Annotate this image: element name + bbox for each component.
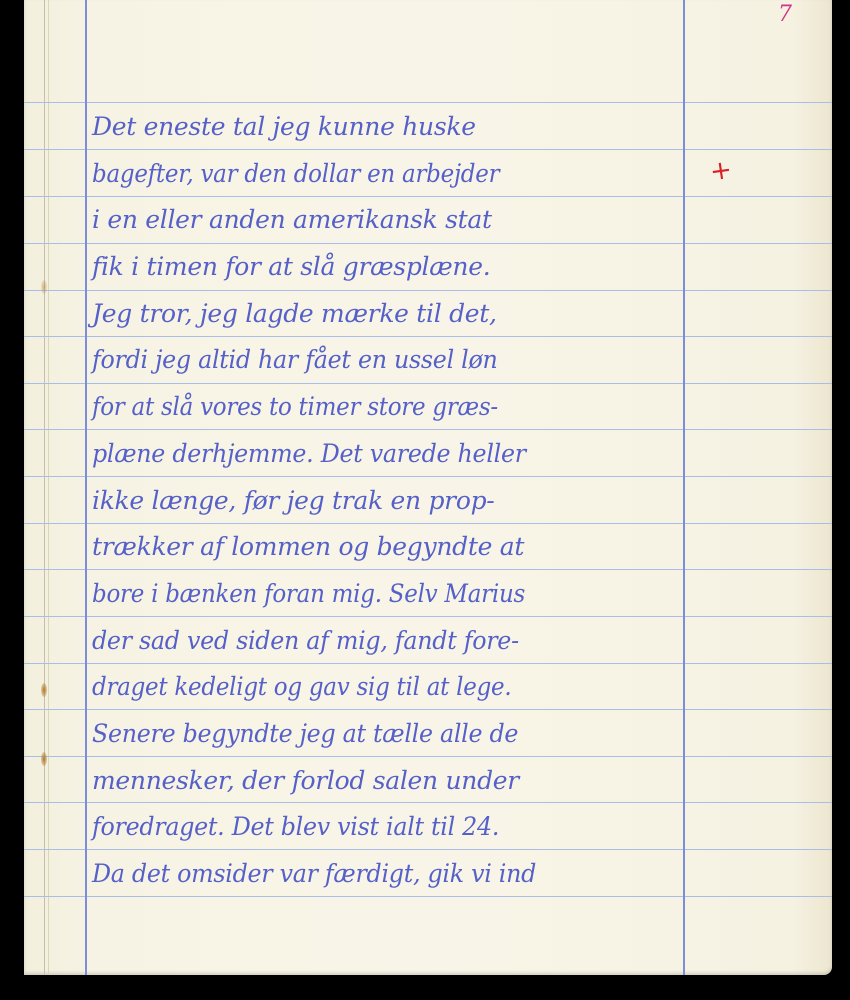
handwritten-line: plæne derhjemme. Det varede heller — [92, 431, 662, 478]
handwritten-line: bagefter, var den dollar en arbejder — [92, 151, 644, 198]
correction-mark-icon: + — [708, 155, 734, 188]
handwritten-line: fordi jeg altid har fået en ussel løn — [92, 337, 662, 384]
handwritten-line: fik i timen for at slå græsplæne. — [92, 244, 692, 291]
handwritten-line: for at slå vores to timer store græs- — [92, 384, 644, 431]
handwritten-line: i en eller anden amerikansk stat — [92, 197, 692, 244]
handwritten-line: bore i bænken foran mig. Selv Marius — [92, 571, 644, 618]
left-margin-line — [85, 0, 87, 975]
page-number: 7 — [778, 2, 792, 27]
ruled-line — [24, 102, 832, 103]
handwritten-line: foredraget. Det blev vist ialt til 24. — [92, 804, 662, 851]
handwritten-line: ikke længe, før jeg trak en prop- — [92, 478, 692, 525]
handwritten-line: Senere begyndte jeg at tælle alle de — [92, 711, 662, 758]
handwritten-line: Jeg tror, jeg lagde mærke til det, — [92, 291, 692, 338]
handwritten-line: Da det omsider var færdigt, gik vi ind — [92, 851, 662, 898]
handwritten-line: mennesker, der forlod salen under — [92, 758, 692, 805]
rust-stain — [41, 683, 47, 697]
handwritten-line: trækker af lommen og begyndte at — [92, 524, 692, 571]
handwritten-text: Det eneste tal jeg kunne huske bagefter,… — [92, 104, 692, 898]
handwritten-line: der sad ved siden af mig, fandt fore- — [92, 618, 662, 665]
handwritten-line: draget kedeligt og gav sig til at lege. — [92, 664, 644, 711]
rust-stain — [41, 280, 47, 294]
page-fold-line — [44, 0, 45, 975]
handwritten-line: Det eneste tal jeg kunne huske — [92, 104, 692, 151]
rust-stain — [41, 752, 47, 766]
page-fold-line-inner — [48, 0, 49, 975]
